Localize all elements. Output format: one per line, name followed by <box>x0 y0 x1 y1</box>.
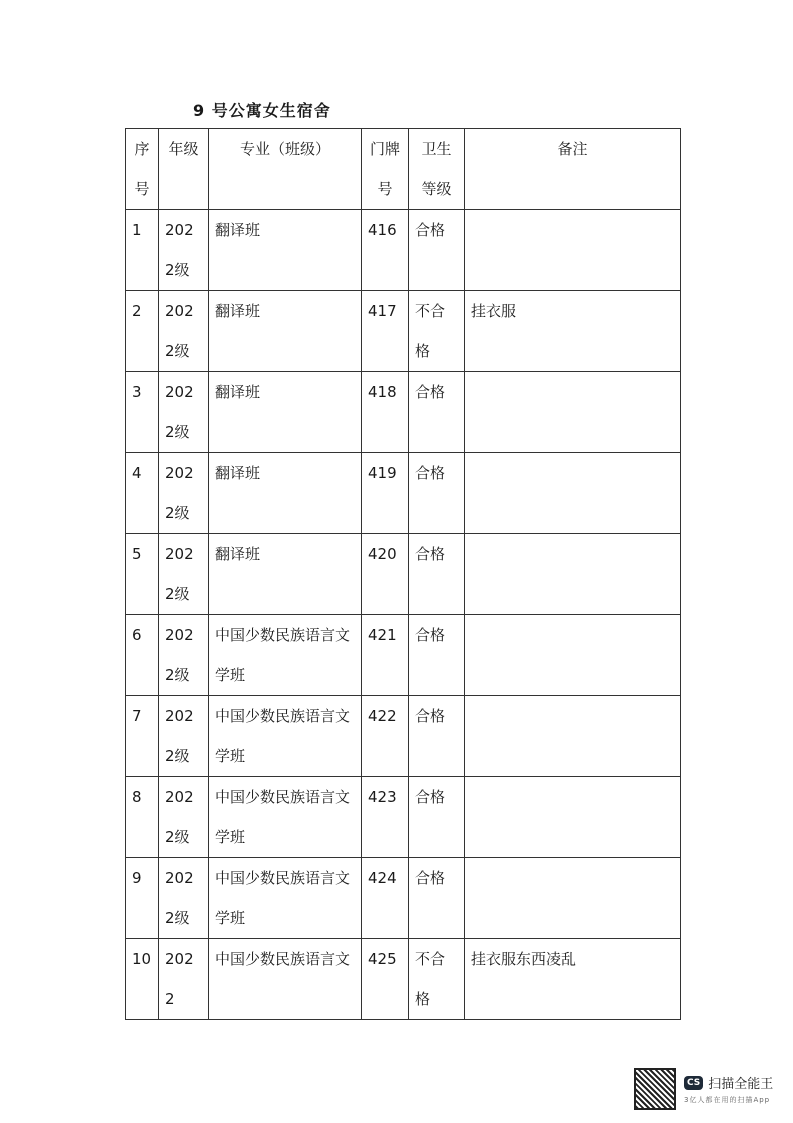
cell-no: 4 <box>126 453 159 534</box>
cell-hygiene: 合格 <box>409 210 465 291</box>
cell-room: 418 <box>362 372 409 453</box>
table-row: 12022级翻译班416合格 <box>126 210 681 291</box>
cell-note <box>465 858 681 939</box>
table-header-row: 序号 年级 专业（班级） 门牌号 卫生等级 备注 <box>126 129 681 210</box>
header-note: 备注 <box>465 129 681 210</box>
cell-no: 5 <box>126 534 159 615</box>
cell-major: 翻译班 <box>209 534 362 615</box>
hygiene-table: 序号 年级 专业（班级） 门牌号 卫生等级 备注 12022级翻译班416合格2… <box>125 128 681 1020</box>
cell-no: 10 <box>126 939 159 1020</box>
cell-no: 3 <box>126 372 159 453</box>
cell-major: 中国少数民族语言文学班 <box>209 858 362 939</box>
cell-grade: 2022级 <box>159 777 209 858</box>
cell-hygiene: 合格 <box>409 615 465 696</box>
cell-grade: 2022级 <box>159 291 209 372</box>
table-row: 22022级翻译班417不合格挂衣服 <box>126 291 681 372</box>
cell-hygiene: 不合格 <box>409 939 465 1020</box>
cell-no: 6 <box>126 615 159 696</box>
cell-note <box>465 615 681 696</box>
cell-major: 中国少数民族语言文学班 <box>209 777 362 858</box>
document-title: 9 号公寓女生宿舍 <box>193 98 331 121</box>
cell-note <box>465 696 681 777</box>
cell-major: 中国少数民族语言文 <box>209 939 362 1020</box>
cell-note <box>465 372 681 453</box>
cell-major: 翻译班 <box>209 372 362 453</box>
table-row: 32022级翻译班418合格 <box>126 372 681 453</box>
cell-hygiene: 不合格 <box>409 291 465 372</box>
cell-room: 420 <box>362 534 409 615</box>
header-no: 序号 <box>126 129 159 210</box>
cell-room: 417 <box>362 291 409 372</box>
header-hygiene: 卫生等级 <box>409 129 465 210</box>
cell-room: 419 <box>362 453 409 534</box>
cell-room: 423 <box>362 777 409 858</box>
cell-hygiene: 合格 <box>409 534 465 615</box>
cell-grade: 2022级 <box>159 534 209 615</box>
cell-grade: 2022级 <box>159 858 209 939</box>
cell-room: 424 <box>362 858 409 939</box>
cell-hygiene: 合格 <box>409 372 465 453</box>
cell-major: 翻译班 <box>209 453 362 534</box>
cell-note <box>465 210 681 291</box>
header-grade: 年级 <box>159 129 209 210</box>
table-row: 52022级翻译班420合格 <box>126 534 681 615</box>
cell-grade: 2022级 <box>159 696 209 777</box>
cell-room: 422 <box>362 696 409 777</box>
qr-code-icon <box>634 1068 676 1110</box>
cell-no: 7 <box>126 696 159 777</box>
camscanner-logo-icon: CS <box>684 1076 703 1090</box>
cell-grade: 2022级 <box>159 453 209 534</box>
cell-grade: 2022级 <box>159 615 209 696</box>
cell-major: 中国少数民族语言文学班 <box>209 696 362 777</box>
cell-no: 1 <box>126 210 159 291</box>
cell-note <box>465 453 681 534</box>
header-room: 门牌号 <box>362 129 409 210</box>
cell-note <box>465 534 681 615</box>
cell-hygiene: 合格 <box>409 453 465 534</box>
cell-note: 挂衣服东西凌乱 <box>465 939 681 1020</box>
table-row: 72022级中国少数民族语言文学班422合格 <box>126 696 681 777</box>
cell-room: 425 <box>362 939 409 1020</box>
scanner-watermark: CS 扫描全能王 3亿人都在用的扫描App <box>634 1068 773 1110</box>
table-row: 82022级中国少数民族语言文学班423合格 <box>126 777 681 858</box>
cell-hygiene: 合格 <box>409 696 465 777</box>
cell-no: 2 <box>126 291 159 372</box>
table-row: 92022级中国少数民族语言文学班424合格 <box>126 858 681 939</box>
cell-no: 9 <box>126 858 159 939</box>
header-major: 专业（班级） <box>209 129 362 210</box>
cell-hygiene: 合格 <box>409 777 465 858</box>
cell-grade: 2022级 <box>159 210 209 291</box>
table-row: 62022级中国少数民族语言文学班421合格 <box>126 615 681 696</box>
cell-no: 8 <box>126 777 159 858</box>
cell-hygiene: 合格 <box>409 858 465 939</box>
cell-major: 翻译班 <box>209 291 362 372</box>
brand-tagline: 3亿人都在用的扫描App <box>684 1095 773 1105</box>
cell-room: 421 <box>362 615 409 696</box>
cell-grade: 2022级 <box>159 372 209 453</box>
cell-major: 中国少数民族语言文学班 <box>209 615 362 696</box>
cell-grade: 2022 <box>159 939 209 1020</box>
cell-note <box>465 777 681 858</box>
cell-note: 挂衣服 <box>465 291 681 372</box>
brand-name: 扫描全能王 <box>708 1073 773 1092</box>
cell-room: 416 <box>362 210 409 291</box>
table-row: 42022级翻译班419合格 <box>126 453 681 534</box>
table-row: 102022中国少数民族语言文425不合格挂衣服东西凌乱 <box>126 939 681 1020</box>
cell-major: 翻译班 <box>209 210 362 291</box>
